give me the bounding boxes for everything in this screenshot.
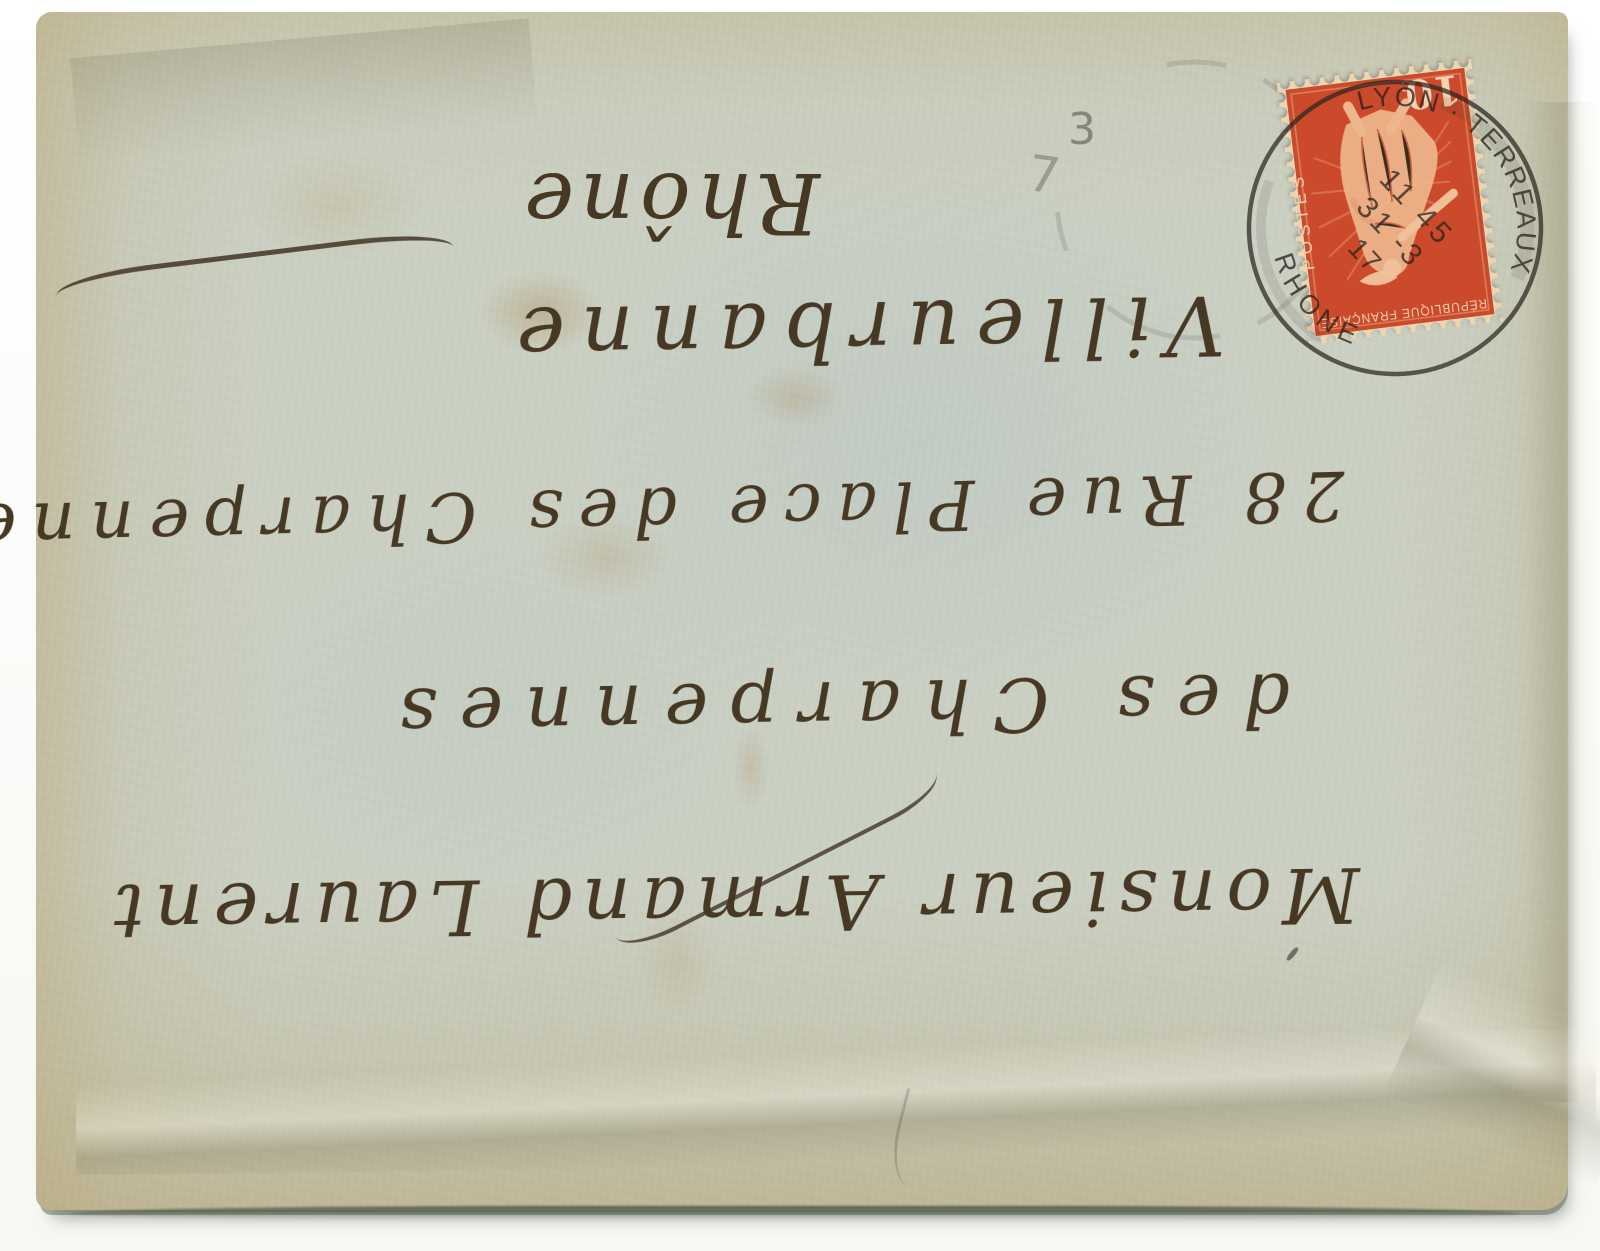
scanned-photo: Rhône Villeurbanne 28 Rue Place des Char…: [0, 0, 1600, 1251]
address-line-locality: des Charpennes: [378, 607, 1291, 808]
crease: [1361, 897, 1600, 1237]
address-line-city: Villeurbanne: [543, 234, 1226, 426]
envelope-shadow: [70, 1206, 1520, 1221]
crease: [75, 1029, 1596, 1175]
address-line-street: 28 Rue Place des Charpennes: [83, 400, 1347, 621]
